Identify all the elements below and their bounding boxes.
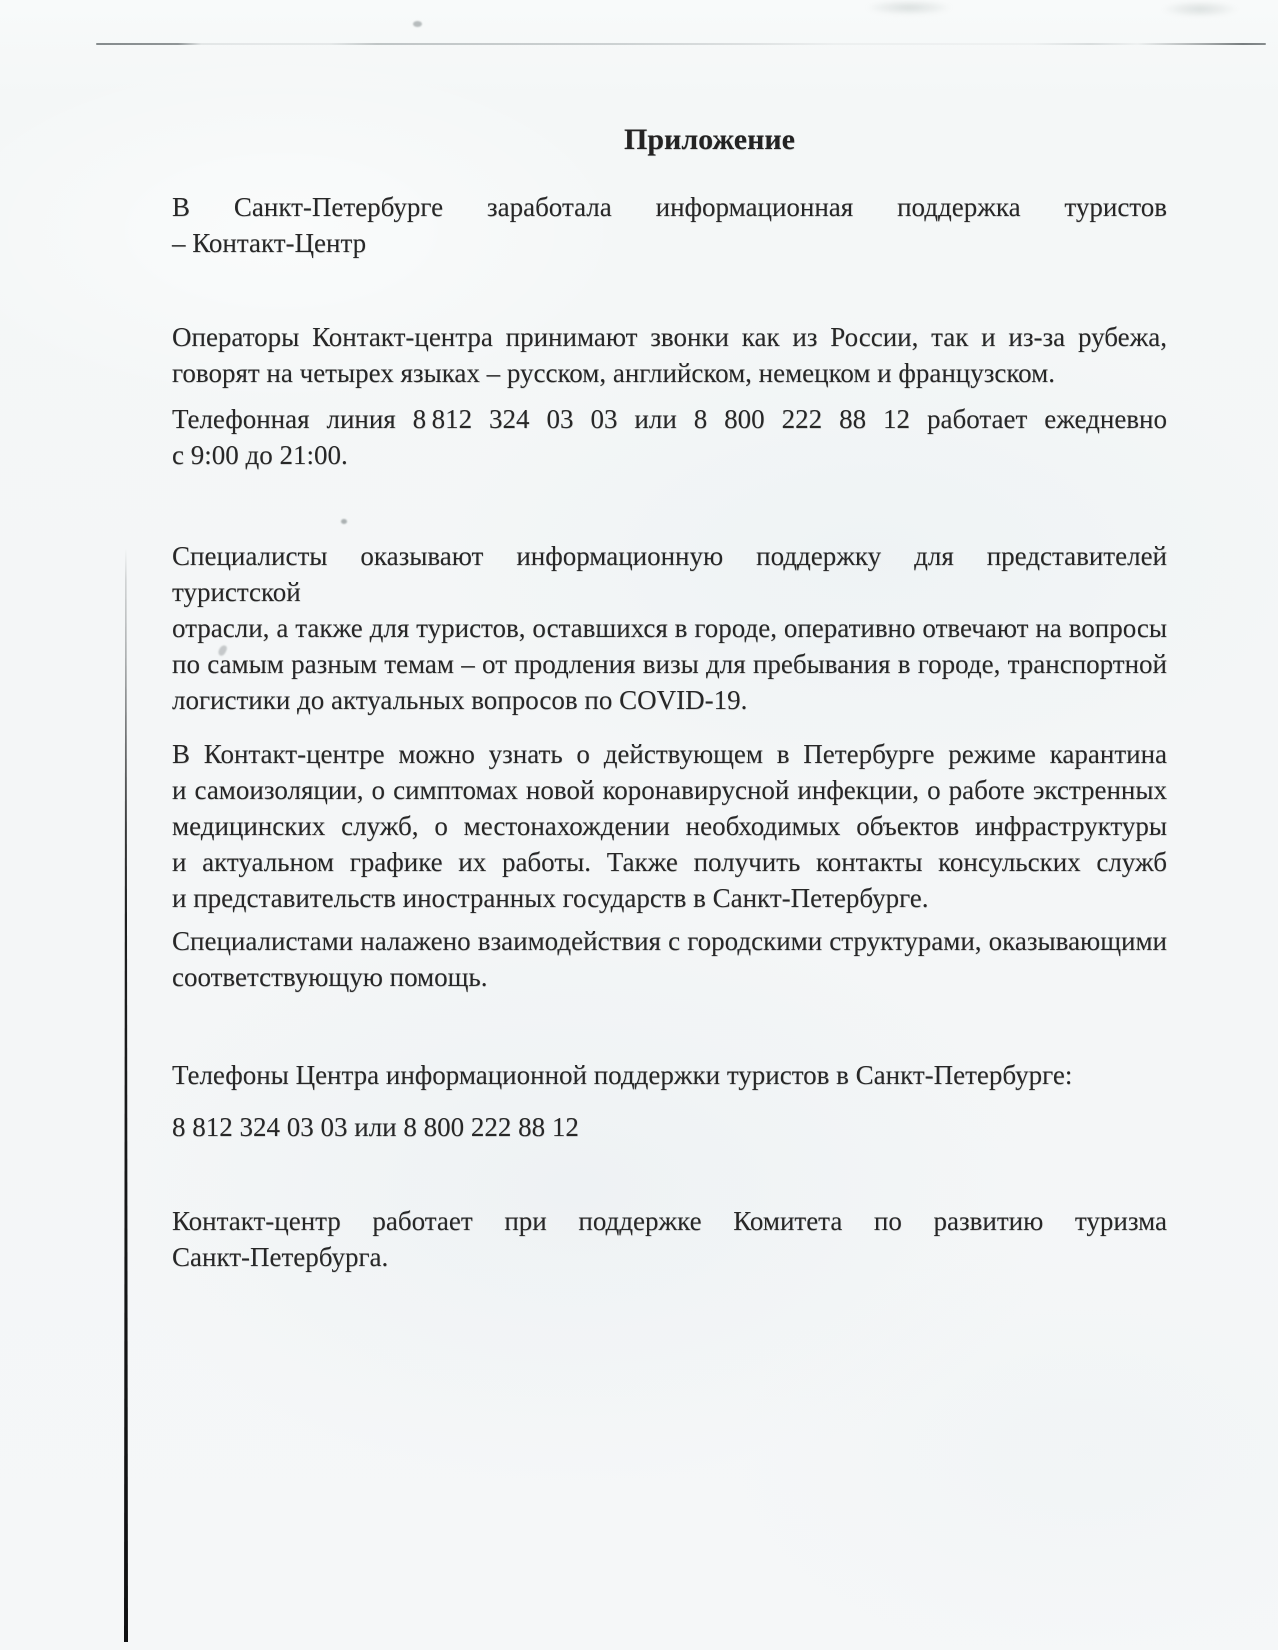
- text-line: 8 812 324 03 03 или 8 800 222 88 12: [172, 1109, 1167, 1145]
- text-line: соответствующую помощь.: [172, 959, 1167, 995]
- paragraph-phone-line: Телефонная линия 8 812 324 03 03 или 8 8…: [172, 401, 1167, 473]
- text-line: В Санкт-Петербурге заработала информацио…: [172, 189, 1167, 225]
- text-line: говорят на четырех языках – русском, анг…: [172, 355, 1167, 391]
- paragraph-lead: В Санкт-Петербурге заработала информацио…: [172, 189, 1167, 261]
- paragraph-phone-numbers: 8 812 324 03 03 или 8 800 222 88 12: [172, 1109, 1167, 1145]
- text-line: логистики до актуальных вопросов по COVI…: [172, 682, 1167, 718]
- paragraph-cooperation: Специалистами налажено взаимодействия с …: [172, 923, 1167, 995]
- text-line: Телефоны Центра информационной поддержки…: [172, 1057, 1167, 1093]
- scan-artifact-top-line: [96, 43, 1266, 45]
- text-line: – Контакт-Центр: [172, 225, 1167, 261]
- text-line: Операторы Контакт-центра принимают звонк…: [172, 319, 1167, 355]
- text-line: медицинских служб, о местонахождении нео…: [172, 808, 1167, 844]
- paragraph-operators: Операторы Контакт-центра принимают звонк…: [172, 319, 1167, 391]
- text-line: В Контакт-центре можно узнать о действую…: [172, 736, 1167, 772]
- text-line: Санкт-Петербурга.: [172, 1239, 1167, 1275]
- text-line: отрасли, а также для туристов, оставшихс…: [172, 610, 1167, 646]
- page-title: Приложение: [212, 122, 1207, 158]
- paragraph-contact-center-info: В Контакт-центре можно узнать о действую…: [172, 736, 1167, 916]
- paragraph-committee: Контакт-центр работает при поддержке Ком…: [172, 1203, 1167, 1275]
- scan-smudge: [866, 0, 952, 15]
- text-line: по самым разным темам – от продления виз…: [172, 646, 1167, 682]
- paragraph-specialists-support: Специалисты оказывают информационную под…: [172, 538, 1167, 718]
- text-line: Специалисты оказывают информационную под…: [172, 538, 1167, 610]
- scan-smudge: [1162, 1, 1238, 17]
- paragraph-phones-heading: Телефоны Центра информационной поддержки…: [172, 1057, 1167, 1093]
- scan-artifact-vertical-line: [124, 548, 128, 1642]
- text-line: Телефонная линия 8 812 324 03 03 или 8 8…: [172, 401, 1167, 437]
- text-line: с 9:00 до 21:00.: [172, 437, 1167, 473]
- scanned-page: Приложение В Санкт-Петербурге заработала…: [0, 0, 1278, 1650]
- text-line: и самоизоляции, о симптомах новой корона…: [172, 772, 1167, 808]
- text-line: и актуальном графике их работы. Также по…: [172, 844, 1167, 880]
- text-line: и представительств иностранных государст…: [172, 880, 1167, 916]
- scan-speck: [341, 519, 347, 524]
- scan-speck: [413, 21, 422, 27]
- text-line: Контакт-центр работает при поддержке Ком…: [172, 1203, 1167, 1239]
- text-line: Специалистами налажено взаимодействия с …: [172, 923, 1167, 959]
